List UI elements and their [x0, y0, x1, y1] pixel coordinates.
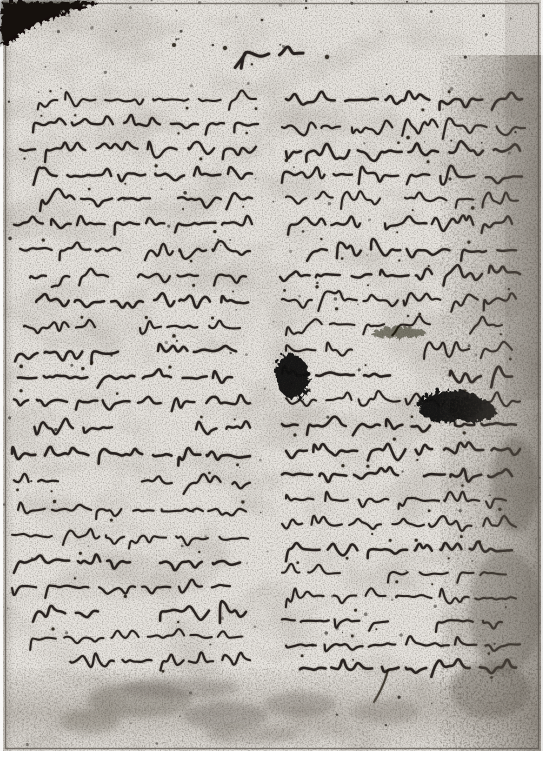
manuscript-photo	[0, 0, 543, 757]
photo-grain	[0, 0, 543, 757]
manuscript-canvas	[0, 0, 543, 757]
